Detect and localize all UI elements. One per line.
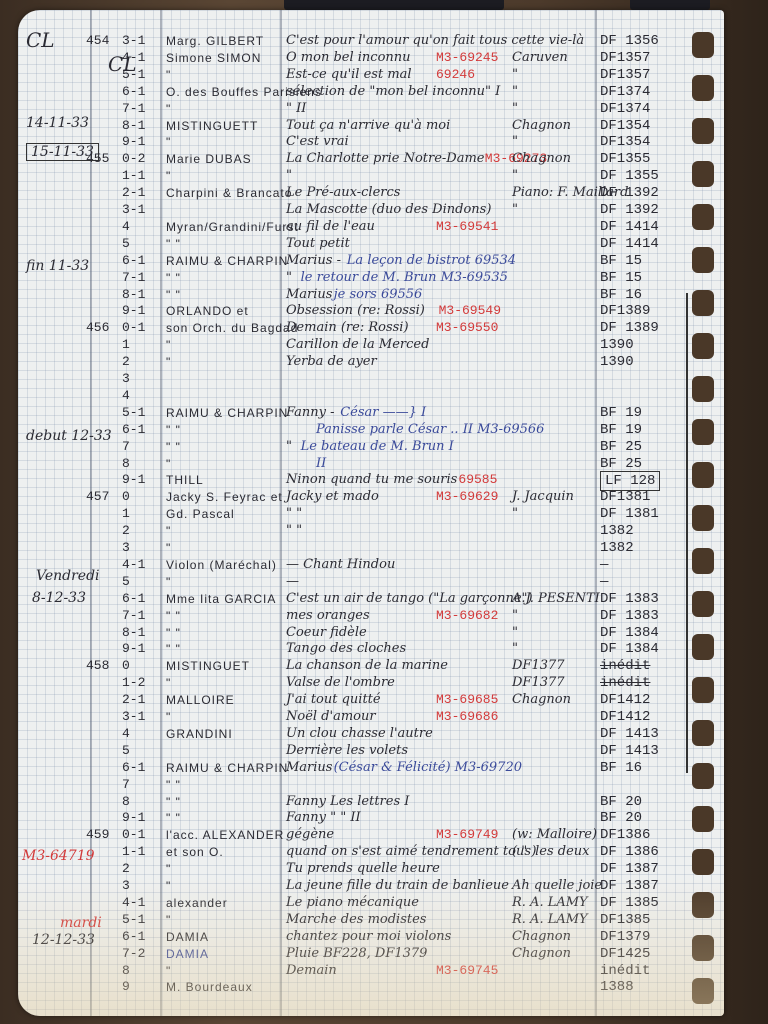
table-row: 6-1" "Panisse parle César .. II M3-69566… [18, 421, 724, 439]
cell-ref: DF1357 [600, 49, 650, 67]
cell-matrix: 5 [122, 573, 130, 591]
cell-title: Est-ce qu'il est mal [286, 66, 412, 84]
cell-extra: R. A. LAMY [512, 911, 588, 929]
cell-matrix: 3-1 [122, 708, 145, 726]
cell-blue: II [316, 455, 326, 473]
cell-matrix: 3-1 [122, 201, 145, 219]
cell-matrix: 8 [122, 962, 130, 980]
cell-matrix: 0-1 [122, 319, 145, 337]
table-row: 5-1RAIMU & CHARPINFanny -César ——} IBF 1… [18, 404, 724, 422]
cell-matrix: 0 [122, 488, 130, 506]
table-row: 4-1alexanderLe piano mécaniqueR. A. LAMY… [18, 894, 724, 912]
table-row: 3"La jeune fille du train de banlieueAh … [18, 877, 724, 895]
cell-extra: J. Jacquin [512, 488, 574, 506]
cell-artist: THILL [166, 471, 204, 489]
cell-matrix: 6-1 [122, 421, 145, 439]
cell-ref: — [600, 556, 608, 574]
cell-matrix: 7-1 [122, 269, 145, 287]
cell-extra: Chagnon [512, 945, 571, 963]
cell-matrix: 7 [122, 776, 130, 794]
table-row: 5-1"Marche des modistesR. A. LAMYDF1385 [18, 911, 724, 929]
table-row: 4-1Violon (Maréchal)— Chant Hindou— [18, 556, 724, 574]
margin-note: mardi [60, 915, 102, 931]
perforation-hole [692, 591, 714, 617]
cell-artist: " [166, 100, 171, 118]
table-row: 4GRANDINIUn clou chasse l'autreDF 1413 [18, 725, 724, 743]
cell-artist: " [166, 455, 171, 473]
cell-matrix: 9-1 [122, 809, 145, 827]
cell-matrix: 2-1 [122, 691, 145, 709]
perforation-hole [692, 376, 714, 402]
cell-matrix: 2 [122, 353, 130, 371]
cell-artist: " " [166, 809, 181, 827]
table-row: 8" "Fanny Les lettres IBF 20 [18, 793, 724, 811]
perforation-hole [692, 32, 714, 58]
perforation-hole [692, 419, 714, 445]
cell-title: " " [286, 505, 302, 523]
cell-ref: DF 1389 [600, 319, 659, 337]
cell-title: mes oranges [286, 607, 370, 625]
cell-artist: alexander [166, 894, 228, 912]
table-row: 9-1ORLANDO etObsession (re: Rossi)M3-695… [18, 302, 724, 320]
cell-artist: Mme Iita GARCIA [166, 590, 276, 608]
cell-ref: DF1374 [600, 100, 650, 118]
cell-title: chantez pour moi violons [286, 928, 451, 946]
cell-ref: DF 1392 [600, 184, 659, 202]
cell-red: M3-69685 [436, 691, 498, 709]
cell-artist: DAMIA [166, 945, 209, 963]
table-row: 2"Yerba de ayer1390 [18, 353, 724, 371]
cell-artist: DAMIA [166, 928, 209, 946]
cell-artist: MALLOIRE [166, 691, 235, 709]
perforation-hole [692, 505, 714, 531]
cell-title: C'est vrai [286, 133, 349, 151]
table-row: 9-1THILLNinon quand tu me souris69585LF … [18, 471, 724, 489]
cell-title: O mon bel inconnu [286, 49, 411, 67]
cell-ref: DF1379 [600, 928, 650, 946]
cell-ref: DF1381 [600, 488, 650, 506]
cell-title: J'ai tout quitté [286, 691, 381, 709]
perforation-hole [692, 849, 714, 875]
table-row: 2-1MALLOIREJ'ai tout quittéM3-69685Chagn… [18, 691, 724, 709]
cell-ref: BF 15 [600, 269, 642, 287]
cell-ref: DF1412 [600, 691, 650, 709]
cell-ref: DF 1414 [600, 218, 659, 236]
cell-title: Tu prends quelle heure [286, 860, 440, 878]
cell-title: Demain (re: Rossi) [286, 319, 409, 337]
cell-extra: Chagnon [512, 928, 571, 946]
cell-extra: DF1377 [512, 674, 565, 692]
cell-blue: La leçon de bistrot 69534 [347, 252, 516, 270]
cell-artist: son Orch. du Bagdad [166, 319, 298, 337]
perforation-hole [692, 290, 714, 316]
table-row: 9-1" "Tango des cloches"DF 1384 [18, 640, 724, 658]
notebook-page: CLCL14-11-3315-11-33fin 11-33debut 12-33… [18, 10, 724, 1016]
cell-artist: " " [166, 640, 181, 658]
cell-artist: Jacky S. Feyrac et [166, 488, 283, 506]
cell-title: Le Pré-aux-clercs [286, 184, 400, 202]
cell-ref: DF 1381 [600, 505, 659, 523]
cell-ref: DF1357 [600, 66, 650, 84]
table-row: 8"DemainM3-69745inédit [18, 962, 724, 980]
cell-ref: BF 25 [600, 438, 642, 456]
cell-extra: (w: Malloire) [512, 826, 597, 844]
cell-matrix: 4 [122, 387, 130, 405]
cell-matrix: 8-1 [122, 286, 145, 304]
cell-title: Demain [286, 962, 337, 980]
cell-ref: DF1385 [600, 911, 650, 929]
cell-artist: " " [166, 438, 181, 456]
margin-note: 12-12-33 [32, 932, 95, 948]
table-row: 7" ""Le bateau de M. Brun IBF 25 [18, 438, 724, 456]
cell-matrix: 7-2 [122, 945, 145, 963]
cell-ref: DF 1355 [600, 167, 659, 185]
cell-artist: " [166, 708, 171, 726]
cell-matrix: 6-1 [122, 83, 145, 101]
cell-ref: DF 1413 [600, 742, 659, 760]
perforation-hole [692, 75, 714, 101]
table-row: 2"" "1382 [18, 522, 724, 540]
cell-title: La jeune fille du train de banlieue [286, 877, 509, 895]
table-row: 6-1Mme Iita GARCIAC'est un air de tango … [18, 590, 724, 608]
cell-artist: " [166, 911, 171, 929]
cell-matrix: 1 [122, 336, 130, 354]
cell-ref: BF 20 [600, 809, 642, 827]
perforation-hole [692, 204, 714, 230]
cell-matrix: 3-1 [122, 32, 145, 50]
cell-title: au fil de l'eau [286, 218, 375, 236]
cell-ref: DF1412 [600, 708, 650, 726]
cell-matrix: 6-1 [122, 252, 145, 270]
cell-matrix: 7-1 [122, 100, 145, 118]
cell-matrix: 9 [122, 978, 130, 996]
binder-clip-right [630, 0, 710, 10]
table-row: 8-1" "Coeur fidèle"DF 1384 [18, 624, 724, 642]
cell-title: " [286, 167, 292, 185]
cell-artist: MISTINGUET [166, 657, 250, 675]
cell-extra: " [512, 66, 518, 84]
cell-title: Marche des modistes [286, 911, 426, 929]
cell-matrix: 2 [122, 522, 130, 540]
table-row: 1-2"Valse de l'ombreDF1377inédit [18, 674, 724, 692]
cell-matrix: 2 [122, 860, 130, 878]
cell-blue: (César & Félicité) M3-69720 [334, 759, 522, 777]
cell-ref: DF 1387 [600, 877, 659, 895]
cell-red: M3-69541 [436, 218, 498, 236]
cell-title: Derrière les volets [286, 742, 408, 760]
table-row: 1-1et son O.quand on s'est aimé tendreme… [18, 843, 724, 861]
cell-ref: DF1354 [600, 117, 650, 135]
cell-red: M3-69745 [436, 962, 498, 980]
cell-matrix: 5 [122, 742, 130, 760]
cell-title: Valse de l'ombre [286, 674, 395, 692]
cell-title: Coeur fidèle [286, 624, 367, 642]
cell-artist: " " [166, 776, 181, 794]
cell-artist: " [166, 133, 171, 151]
table-row: 4Myran/Grandini/Furstau fil de l'eauM3-6… [18, 218, 724, 236]
cell-ref: DF1354 [600, 133, 650, 151]
cell-red: 69585 [458, 471, 497, 489]
cell-matrix: 4-1 [122, 49, 145, 67]
cell-artist: " [166, 573, 171, 591]
cell-extra: DF1377 [512, 657, 565, 675]
cell-matrix: 8 [122, 793, 130, 811]
table-row: 9-1"C'est vrai"DF1354 [18, 133, 724, 151]
cell-title: gégène [286, 826, 334, 844]
cell-artist: " [166, 522, 171, 540]
perforation-hole [692, 763, 714, 789]
cell-extra: " [512, 640, 518, 658]
table-row: 7-1"" II"DF1374 [18, 100, 724, 118]
table-row: 1"Carillon de la Merced1390 [18, 336, 724, 354]
cell-ref: BF 20 [600, 793, 642, 811]
perforation-hole [692, 806, 714, 832]
table-row: 6-1DAMIAchantez pour moi violonsChagnonD… [18, 928, 724, 946]
table-row: 8"IIBF 25 [18, 455, 724, 473]
cell-ref: DF1374 [600, 83, 650, 101]
cell-artist: MISTINGUETT [166, 117, 258, 135]
cell-artist: RAIMU & CHARPIN [166, 252, 288, 270]
cell-extra: " [512, 505, 518, 523]
cell-ref: BF 15 [600, 252, 642, 270]
cell-matrix: 5 [122, 235, 130, 253]
table-row: 4-1Simone SIMONO mon bel inconnuM3-69245… [18, 49, 724, 67]
cell-matrix: 9-1 [122, 471, 145, 489]
cell-ref: DF 1392 [600, 201, 659, 219]
cell-matrix: 8-1 [122, 117, 145, 135]
table-row: 5-1"Est-ce qu'il est mal69246"DF1357 [18, 66, 724, 84]
cell-red: M3-69550 [436, 319, 498, 337]
cell-ref: DF 1414 [600, 235, 659, 253]
cell-title: Marius [286, 759, 332, 777]
cell-artist: " " [166, 793, 181, 811]
cell-title: " " [286, 522, 302, 540]
cell-artist: " " [166, 235, 181, 253]
cell-ref: DF 1386 [600, 843, 659, 861]
table-row: 4543-1Marg. GILBERTC'est pour l'amour qu… [18, 32, 724, 50]
cell-artist: " " [166, 624, 181, 642]
perforation-hole [692, 935, 714, 961]
table-row: 6-1O. des Bouffes Parisienssélection de … [18, 83, 724, 101]
cell-title: La chanson de la marine [286, 657, 448, 675]
cell-artist: GRANDINI [166, 725, 233, 743]
cell-artist: l'acc. ALEXANDER [166, 826, 284, 844]
table-row: 9-1" "Fanny " " IIBF 20 [18, 809, 724, 827]
cell-title: Jacky et mado [286, 488, 379, 506]
cell-matrix: 6-1 [122, 928, 145, 946]
table-row: 7" " [18, 776, 724, 794]
cell-ref: DF1355 [600, 150, 650, 168]
cell-artist: " [166, 860, 171, 878]
cell-ref: inédit [600, 674, 650, 692]
cell-ref: inédit [600, 962, 650, 980]
cell-matrix: 4-1 [122, 894, 145, 912]
cell-matrix: 4 [122, 218, 130, 236]
cell-blue: Le bateau de M. Brun I [301, 438, 454, 456]
cell-red: M3-69549 [439, 302, 501, 320]
cell-series: 457 [86, 488, 109, 506]
cell-artist: " [166, 674, 171, 692]
cell-matrix: 3 [122, 539, 130, 557]
cell-extra: " [512, 624, 518, 642]
cell-ref: BF 19 [600, 404, 642, 422]
cell-artist: RAIMU & CHARPIN [166, 759, 288, 777]
cell-ref: DF1425 [600, 945, 650, 963]
cell-extra: " [512, 100, 518, 118]
table-row: 6-1RAIMU & CHARPINMarius -La leçon de bi… [18, 252, 724, 270]
table-row: 7-1" ""le retour de M. Brun M3-69535BF 1… [18, 269, 724, 287]
cell-extra: Chagnon [512, 150, 571, 168]
cell-series: 454 [86, 32, 109, 50]
cell-title: — [286, 573, 299, 591]
cell-matrix: 0-1 [122, 826, 145, 844]
cell-matrix: 9-1 [122, 640, 145, 658]
perforation-hole [692, 677, 714, 703]
cell-title: " [286, 269, 292, 287]
cell-ref: DF 1413 [600, 725, 659, 743]
table-row: 5" "Tout petitDF 1414 [18, 235, 724, 253]
cell-matrix: 3 [122, 877, 130, 895]
table-row: 3 [18, 370, 724, 388]
cell-series: 456 [86, 319, 109, 337]
cell-title: — Chant Hindou [286, 556, 395, 574]
cell-ref: DF1386 [600, 826, 650, 844]
cell-artist: Violon (Maréchal) [166, 556, 277, 574]
perforation-hole [692, 892, 714, 918]
cell-matrix: 6-1 [122, 590, 145, 608]
cell-ref: inédit [600, 657, 650, 675]
table-row: 6-1RAIMU & CHARPINMarius(César & Félicit… [18, 759, 724, 777]
cell-matrix: 9-1 [122, 302, 145, 320]
cell-artist: et son O. [166, 843, 224, 861]
perforation-hole [692, 247, 714, 273]
cell-extra: " [512, 201, 518, 219]
perforation-hole [692, 333, 714, 359]
table-row: 4550-2Marie DUBASLa Charlotte prie Notre… [18, 150, 724, 168]
perforation-hole [692, 978, 714, 1004]
cell-ref: DF 1385 [600, 894, 659, 912]
cell-matrix: 3 [122, 370, 130, 388]
cell-title: Obsession (re: Rossi) [286, 302, 425, 320]
cell-matrix: 0 [122, 657, 130, 675]
perforation-hole [692, 462, 714, 488]
cell-extra: " [512, 607, 518, 625]
cell-matrix: 7-1 [122, 607, 145, 625]
table-row: 3-1La Mascotte (duo des Dindons)"DF 1392 [18, 201, 724, 219]
cell-red: M3-69686 [436, 708, 498, 726]
cell-artist: RAIMU & CHARPIN [166, 404, 288, 422]
cell-red: M3-69682 [436, 607, 498, 625]
table-row: 3"1382 [18, 539, 724, 557]
cell-extra: " [512, 167, 518, 185]
cell-artist: " [166, 877, 171, 895]
cell-title: " [286, 438, 292, 456]
table-row: 4570Jacky S. Feyrac etJacky et madoM3-69… [18, 488, 724, 506]
cell-extra: " [512, 83, 518, 101]
cell-artist: " " [166, 607, 181, 625]
cell-artist: M. Bourdeaux [166, 978, 253, 996]
cell-artist: Marie DUBAS [166, 150, 252, 168]
cell-title: Marius [286, 286, 332, 304]
cell-title: Fanny " " II [286, 809, 361, 827]
cell-title: " II [286, 100, 306, 118]
cell-title: Noël d'amour [286, 708, 376, 726]
perforation-hole [692, 118, 714, 144]
cell-matrix: 5-1 [122, 404, 145, 422]
cell-artist: Charpini & Brancato [166, 184, 292, 202]
cell-title: Ninon quand tu me souris [286, 471, 457, 489]
cell-extra: Chagnon [512, 691, 571, 709]
cell-title: Tout petit [286, 235, 350, 253]
perforation-hole [692, 720, 714, 746]
cell-blue: César ——} I [340, 404, 426, 422]
table-row: 1Gd. Pascal" ""DF 1381 [18, 505, 724, 523]
cell-ref: BF 19 [600, 421, 642, 439]
cell-ref: 1388 [600, 978, 634, 996]
cell-ref: 1390 [600, 336, 634, 354]
table-row: 4590-1l'acc. ALEXANDERgégèneM3-69749(w: … [18, 826, 724, 844]
cell-red: M3-69749 [436, 826, 498, 844]
cell-extra: " [512, 133, 518, 151]
cell-artist: " " [166, 269, 181, 287]
table-row: 3-1"Noël d'amourM3-69686DF1412 [18, 708, 724, 726]
cell-artist: Gd. Pascal [166, 505, 235, 523]
table-row: 8-1" "Mariusje sors 69556BF 16 [18, 286, 724, 304]
cell-title: Fanny Les lettres I [286, 793, 409, 811]
cell-matrix: 8-1 [122, 624, 145, 642]
table-row: 2"Tu prends quelle heureDF 1387 [18, 860, 724, 878]
perforation-hole [692, 634, 714, 660]
table-row: 5"—— [18, 573, 724, 591]
cell-series: 458 [86, 657, 109, 675]
cell-title: Yerba de ayer [286, 353, 377, 371]
table-row: 8-1MISTINGUETTTout ça n'arrive qu'à moiC… [18, 117, 724, 135]
binder-clip-left [284, 0, 504, 10]
cell-title: La Mascotte (duo des Dindons) [286, 201, 491, 219]
cell-title: sélection de "mon bel inconnu" I [286, 83, 500, 101]
cell-ref: DF 1356 [600, 32, 659, 50]
cell-artist: Myran/Grandini/Furst [166, 218, 299, 236]
table-row: 4580MISTINGUETLa chanson de la marineDF1… [18, 657, 724, 675]
cell-blue: Panisse parle César .. II M3-69566 [316, 421, 544, 439]
cell-artist: ORLANDO et [166, 302, 249, 320]
table-row: 4 [18, 387, 724, 405]
table-row: 9M. Bourdeaux1388 [18, 978, 724, 996]
cell-blue: je sors 69556 [334, 286, 423, 304]
cell-matrix: 4-1 [122, 556, 145, 574]
cell-matrix: 6-1 [122, 759, 145, 777]
table-row: 7-2DAMIAPluie BF228, DF1379ChagnonDF1425 [18, 945, 724, 963]
cell-title: Un clou chasse l'autre [286, 725, 433, 743]
cell-ref: 1390 [600, 353, 634, 371]
cell-ref: BF 25 [600, 455, 642, 473]
cell-title: Marius - [286, 252, 341, 270]
cell-matrix: 1-1 [122, 167, 145, 185]
cell-extra: Chagnon [512, 117, 571, 135]
cell-matrix: 5-1 [122, 66, 145, 84]
table-row: 1-1"""DF 1355 [18, 167, 724, 185]
cell-matrix: 8 [122, 455, 130, 473]
cell-title: Tout ça n'arrive qu'à moi [286, 117, 450, 135]
cell-artist: " [166, 962, 171, 980]
perforation-hole [692, 161, 714, 187]
cell-title: C'est un air de tango ("La garçonne") [286, 590, 533, 608]
cell-ref: DF1389 [600, 302, 650, 320]
cell-extra: Caruven [512, 49, 568, 67]
cell-series: 459 [86, 826, 109, 844]
cell-ref: BF 16 [600, 759, 642, 777]
cell-title: Tango des cloches [286, 640, 406, 658]
